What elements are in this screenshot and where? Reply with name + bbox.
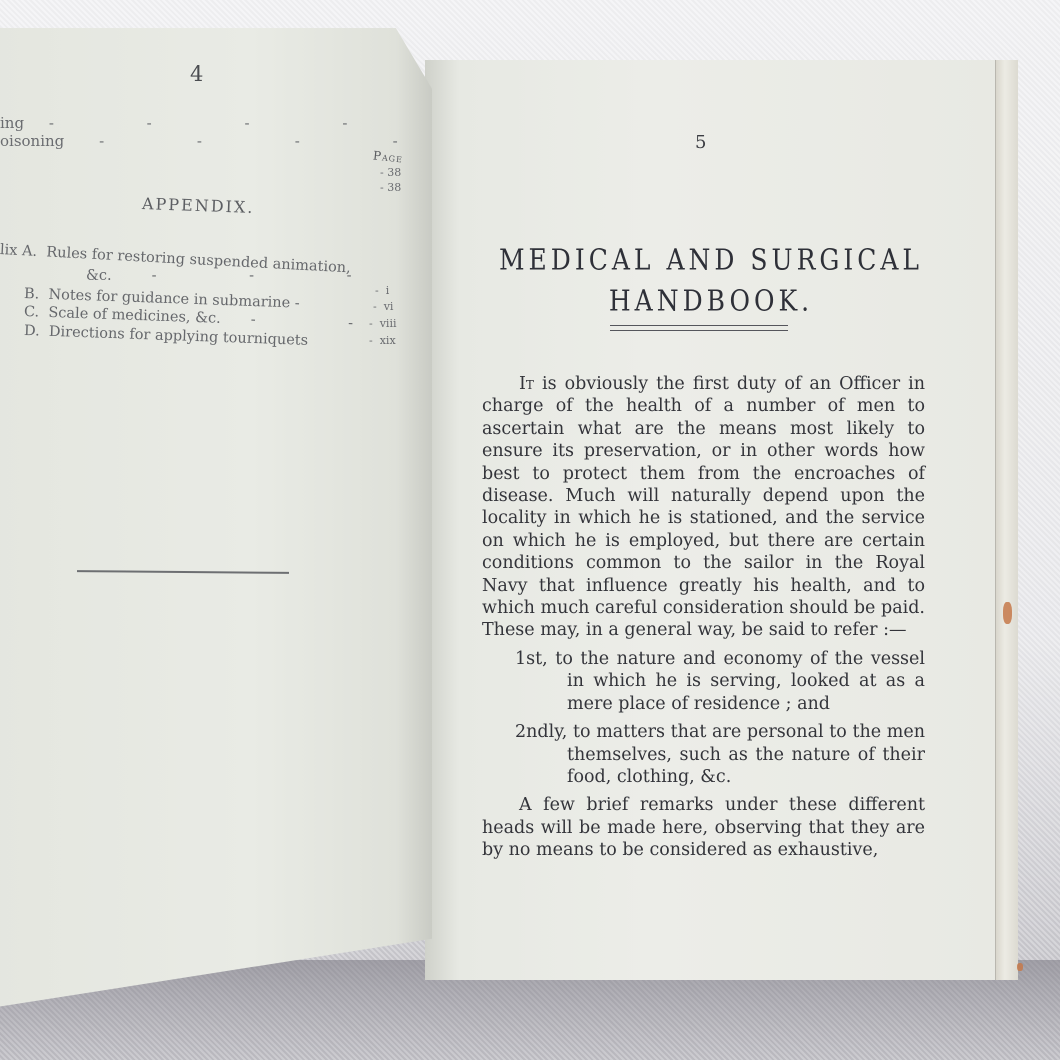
page-column-header: Page [372,148,403,165]
right-page: 5 MEDICAL AND SURGICAL HANDBOOK. It is o… [425,60,997,980]
toc-page-number: - 38 [380,166,401,179]
page-number-left: 4 [190,62,203,86]
paragraph-2: A few brief remarks under these differen… [482,794,925,861]
toc-entry-text: ing [0,114,24,132]
drop-lead: It [519,374,534,394]
toc-entry-text: oisoning [0,132,64,150]
appendix-title: APPENDIX. [142,194,255,217]
page-edges [995,60,1018,980]
appendix-page-number: - viii [369,317,397,330]
paragraph-1: It is obviously the first duty of an Off… [482,373,925,642]
foxing-stain [1003,602,1012,624]
paragraph-1-text: is obviously the first duty of an Office… [482,374,925,640]
chapter-title-line1: MEDICAL AND SURGICAL [425,243,997,276]
appendix-page-number: - vi [373,300,393,313]
chapter-title-line2: HANDBOOK. [425,284,997,317]
list-item-2: 2ndly, to matters that are personal to t… [515,721,925,788]
double-rule-divider [610,325,788,331]
toc-entry: ing - - - - [0,114,391,132]
appendix-page-number: - xix [369,334,396,347]
page-number-right: 5 [695,132,706,153]
section-end-rule [77,570,289,574]
appendix-page-number: - i [375,284,389,297]
foxing-stain [1017,963,1023,971]
left-page: 4 ing - - - - oisoning - - - - - Page - … [0,28,432,1040]
body-text: It is obviously the first duty of an Off… [482,373,925,862]
toc-page-number: - 38 [380,181,401,194]
list-item-1: 1st, to the nature and economy of the ve… [515,648,925,715]
